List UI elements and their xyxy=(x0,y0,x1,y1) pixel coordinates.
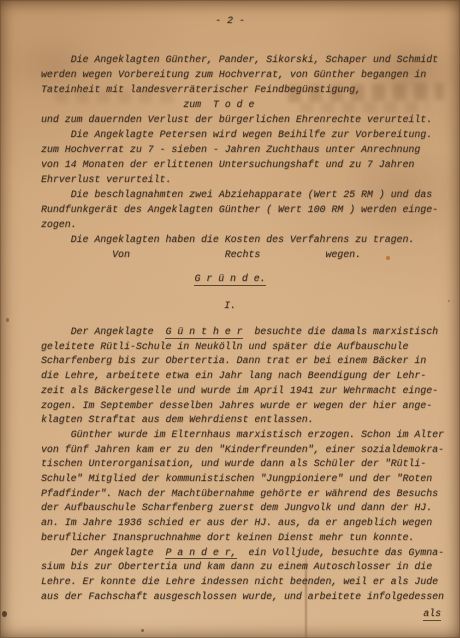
text-line-defendant-pander: Der Angeklagte P a n d e r, ein Volljude… xyxy=(0,546,460,561)
text-line: geleitete Rütli-Schule in Neukölln und s… xyxy=(0,340,460,355)
text-line: von fünf Jahren kam er zu den "Kinderfre… xyxy=(0,443,460,458)
text-line: klagten Straftat aus dem Wehrdienst entl… xyxy=(0,413,460,428)
text-line: Rundfunkgerät des Angeklagten Günther ( … xyxy=(0,202,460,217)
text-line: die Lehre, arbeitete etwa ein Jahr lang … xyxy=(0,369,460,384)
text-line: tischen Unterorganisation, und wurde dan… xyxy=(0,457,460,472)
text-line: Günther wurde im Elternhaus marxistisch … xyxy=(0,428,460,443)
text-segment: besuchte die damals marxistisch xyxy=(243,326,439,337)
document-page: - 2 - Die Angeklagten Günther, Pander, S… xyxy=(0,0,460,638)
text-line: Schule" Mitglied der kommunistischen "Ju… xyxy=(0,472,460,487)
text-line: Die beschlagnahmten zwei Abziehapparate … xyxy=(0,187,460,202)
text-line: aus der Fachschaft ausgeschlossen wurde,… xyxy=(0,590,460,605)
text-line: sium bis zur Obertertia und kam dann zu … xyxy=(0,560,460,575)
text-line-death-sentence: zum T o d e xyxy=(0,97,460,112)
catchword-text: als xyxy=(423,608,441,621)
text-line: Pfadfinder". Nach der Machtübernahme geh… xyxy=(0,487,460,502)
text-line-von-rechts-wegen: Von Rechts wegen. xyxy=(0,247,460,262)
text-line: Lehre. Er konnte die Lehre indessen nich… xyxy=(0,575,460,590)
text-line: der Aufbauschule Scharfenberg zuerst dem… xyxy=(0,501,460,516)
defendant-guenther-name: G ü n t h e r xyxy=(165,326,242,339)
text-line: zogen. xyxy=(0,217,460,232)
text-line: Die Angeklagten Günther, Pander, Sikorsk… xyxy=(0,52,460,67)
text-segment: Der Angeklagte xyxy=(41,326,165,337)
text-line: Die Angeklagte Petersen wird wegen Beihi… xyxy=(0,127,460,142)
text-line: Tateinheit mit landesverräterischer Fein… xyxy=(0,82,460,97)
text-segment: Der Angeklagte xyxy=(41,547,165,558)
text-line: zeit als Bäckergeselle und wurde im Apri… xyxy=(0,384,460,399)
document-photo: - 2 - Die Angeklagten Günther, Pander, S… xyxy=(0,0,460,638)
text-line: Ehrverlust verurteilt. xyxy=(0,172,460,187)
text-line: zogen. Im September desselben Jahres wur… xyxy=(0,399,460,414)
section-numeral-i: I. xyxy=(0,298,460,313)
page-number: - 2 - xyxy=(0,13,460,28)
text-line: zum Hochverrat zu 7 - sieben - Jahren Zu… xyxy=(0,142,460,157)
text-line: beruflicher Inanspruchnahme dort keinen … xyxy=(0,531,460,546)
text-line: und zum dauernden Verlust der bürgerlich… xyxy=(0,112,460,127)
catchword: als xyxy=(0,606,460,621)
gruende-heading-text: G r ü n d e. xyxy=(194,273,265,286)
defendant-pander-name: P a n d e r, xyxy=(165,547,236,560)
text-line-defendant-guenther: Der Angeklagte G ü n t h e r besuchte di… xyxy=(0,325,460,340)
text-line: werden wegen Vorbereitung zum Hochverrat… xyxy=(0,67,460,82)
gruende-heading: G r ü n d e. xyxy=(0,271,460,286)
text-line: von 14 Monaten der erlittenen Untersuchu… xyxy=(0,157,460,172)
text-line: an. Im Jahre 1936 schied er aus der HJ. … xyxy=(0,516,460,531)
text-segment: ein Volljude, besuchte das Gymna- xyxy=(237,547,444,558)
text-line: Scharfenberg bis zur Obertertia. Dann tr… xyxy=(0,354,460,369)
text-line: Die Angeklagten haben die Kosten des Ver… xyxy=(0,232,460,247)
